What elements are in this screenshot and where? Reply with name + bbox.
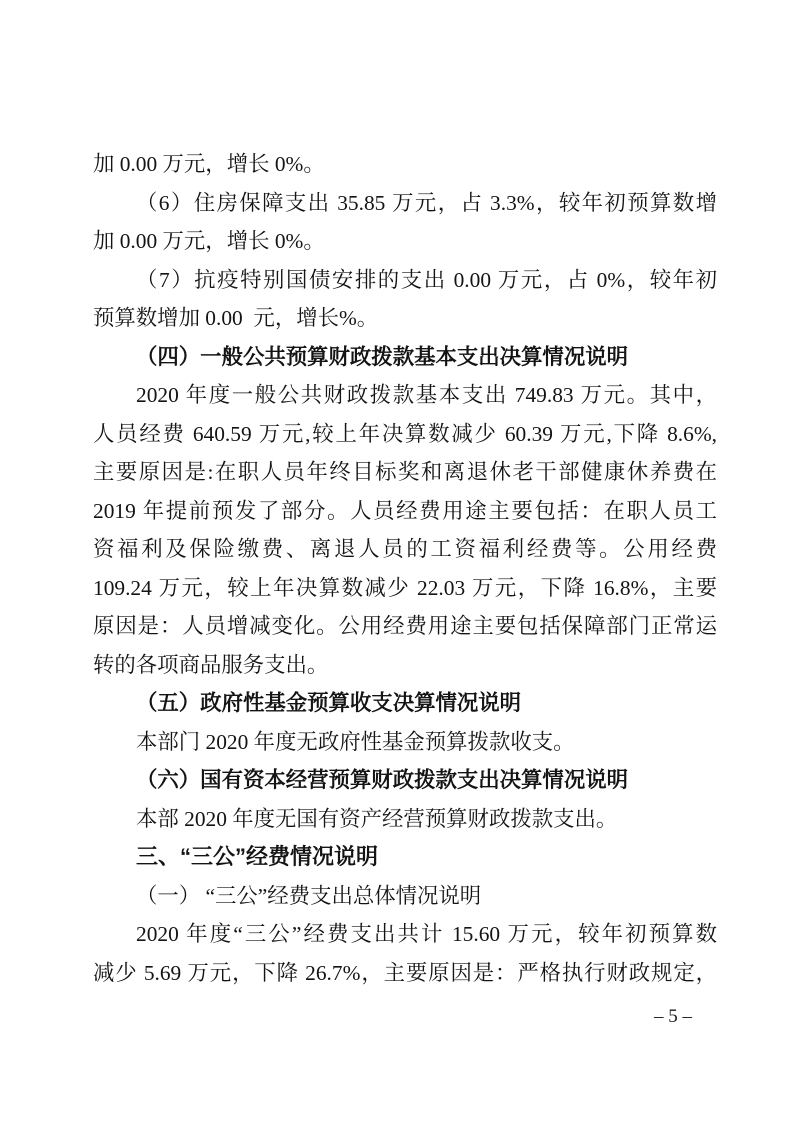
body-line: 109.24 万元，较上年决算数减少 22.03 万元，下降 16.8%，主要 [93,569,717,608]
heading-section-4: （四）一般公共预算财政拨款基本支出决算情况说明 [93,338,717,377]
body-line: 2019 年提前预发了部分。人员经费用途主要包括：在职人员工 [93,492,717,531]
heading-section-6: （六）国有资本经营预算财政拨款支出决算情况说明 [93,761,717,800]
body-line: 人员经费 640.59 万元,较上年决算数减少 60.39 万元,下降 8.6%… [93,415,717,454]
page-number: – 5 – [654,1005,692,1029]
body-line: 减少 5.69 万元，下降 26.7%，主要原因是：严格执行财政规定， [93,954,717,993]
body-line: 预算数增加 0.00 元，增长%。 [93,299,717,338]
body-line: 2020 年度一般公共财政拨款基本支出 749.83 万元。其中， [93,376,717,415]
heading-section-5: （五）政府性基金预算收支决算情况说明 [93,684,717,723]
body-line: 主要原因是:在职人员年终目标奖和离退休老干部健康休养费在 [93,453,717,492]
body-line: 原因是：人员增减变化。公用经费用途主要包括保障部门正常运 [93,607,717,646]
body-line: 本部门 2020 年度无政府性基金预算拨款收支。 [93,723,717,762]
document-page: 加 0.00 万元，增长 0%。 （6）住房保障支出 35.85 万元，占 3.… [0,0,793,1122]
body-line: 转的各项商品服务支出。 [93,646,717,685]
heading-part-3: 三、“三公”经费情况说明 [93,838,717,877]
body-line: 加 0.00 万元，增长 0%。 [93,222,717,261]
body-line: 2020 年度“三公”经费支出共计 15.60 万元，较年初预算数 [93,915,717,954]
body-line: 本部 2020 年度无国有资产经营预算财政拨款支出。 [93,800,717,839]
body-line: （6）住房保障支出 35.85 万元，占 3.3%，较年初预算数增 [93,184,717,223]
document-body: 加 0.00 万元，增长 0%。 （6）住房保障支出 35.85 万元，占 3.… [93,145,717,992]
body-line: 资福利及保险缴费、离退人员的工资福利经费等。公用经费 [93,530,717,569]
body-line: （7）抗疫特别国债安排的支出 0.00 万元，占 0%，较年初 [93,261,717,300]
heading-subsection-1: （一） “三公”经费支出总体情况说明 [93,877,717,916]
body-line: 加 0.00 万元，增长 0%。 [93,145,717,184]
